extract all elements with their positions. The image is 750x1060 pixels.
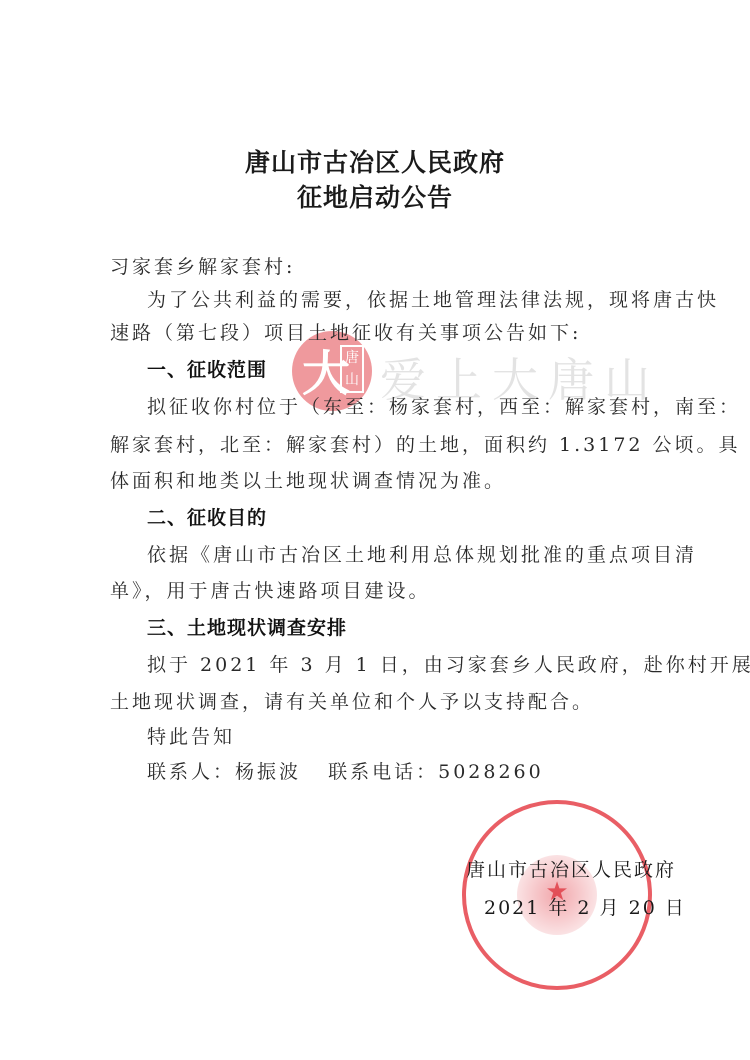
section-survey-line1: 拟于 2021 年 3 月 1 日，由习家套乡人民政府，赴你村开展 bbox=[147, 650, 750, 677]
section-scope-line3: 体面积和地类以土地现状调查情况为准。 bbox=[110, 466, 506, 493]
section-heading-purpose: 二、征收目的 bbox=[147, 503, 267, 530]
watermark-logo-small: 唐山 bbox=[340, 345, 364, 393]
addressee: 习家套乡解家套村: bbox=[110, 252, 295, 279]
section-purpose-line1: 依据《唐山市古冶区土地利用总体规划批准的重点项目清 bbox=[147, 540, 697, 567]
document-title-line2: 征地启动公告 bbox=[0, 178, 750, 214]
contact-info: 联系人：杨振波 联系电话：5028260 bbox=[147, 757, 544, 784]
section-purpose-line2: 单》，用于唐古快速路项目建设。 bbox=[110, 576, 431, 603]
section-heading-scope: 一、征收范围 bbox=[147, 355, 267, 382]
document-title-line1: 唐山市古冶区人民政府 bbox=[0, 143, 750, 179]
closing-text: 特此告知 bbox=[147, 722, 235, 749]
section-scope-line2: 解家套村，北至：解家套村）的土地，面积约 1.3172 公顷。具 bbox=[110, 430, 741, 457]
intro-line2: 速路（第七段）项目土地征收有关事项公告如下: bbox=[110, 318, 581, 345]
intro-line1: 为了公共利益的需要，依据土地管理法律法规，现将唐古快 bbox=[147, 285, 719, 312]
signature-org: 唐山市古冶区人民政府 bbox=[466, 855, 676, 882]
section-survey-line2: 土地现状调查，请有关单位和个人予以支持配合。 bbox=[110, 687, 594, 714]
section-heading-survey: 三、土地现状调查安排 bbox=[147, 613, 347, 640]
signature-date: 2021 年 2 月 20 日 bbox=[484, 893, 686, 920]
section-scope-line1: 拟征收你村位于（东至：杨家套村，西至：解家套村，南至： bbox=[147, 392, 741, 419]
